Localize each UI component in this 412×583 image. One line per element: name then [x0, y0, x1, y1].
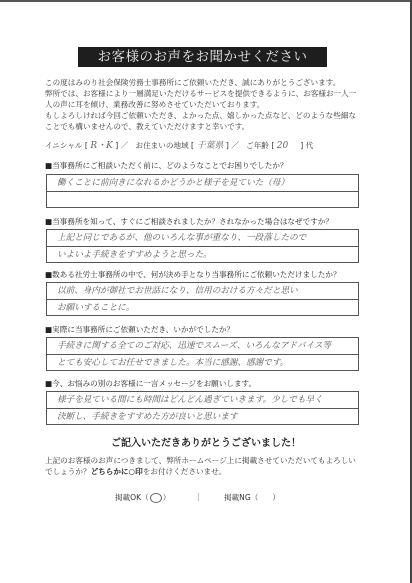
region-field[interactable]: 千葉県: [196, 141, 223, 151]
age-label: ご年齢 [: [246, 141, 274, 150]
permission-text: 上記のお客様のお声につきまして、弊所ホームページ上に掲載させていただいてもよろし…: [45, 455, 375, 477]
answer-4-box[interactable]: 手続きに関する全てのご対応、迅速でスムーズ、いろんなアドバイス等 とても安心して…: [46, 337, 359, 371]
region-close: ] ／: [226, 141, 239, 150]
answer-3-box[interactable]: 以前、身内が御社でお世話になり、信用のおける方々だと思い お願いすることに。: [46, 282, 359, 316]
age-field[interactable]: 20: [277, 141, 288, 151]
region-label: お住まいの地域 [: [135, 141, 194, 150]
intro-line: この度はみのり社会保険労務士事務所にご依頼いただき、誠にありがとうございます。: [45, 77, 375, 88]
publish-ok-option[interactable]: 掲載OK（）: [115, 492, 170, 503]
intro-line: ことでも構いませんので、教えていただけますと幸いです。: [45, 121, 375, 132]
answer-line: とても安心してお任せできました。本当に感謝、感謝です。: [47, 354, 358, 370]
answer-line: 上記と同じであるが、他のいろんな事が重なり、一段落したので: [47, 230, 358, 246]
publish-ng-option[interactable]: 掲載NG（）: [224, 492, 280, 503]
answer-line: 手続きに関する全てのご対応、迅速でスムーズ、いろんなアドバイス等: [47, 338, 358, 354]
customer-info-row: イニシャル [ R・K ] ／ お住まいの地域 [ 千葉県 ] ／ ご年齢 [ …: [45, 140, 365, 152]
answer-line: 決断し、手続きをすすめた方が良いと思います: [47, 408, 358, 424]
initials-close: ] ／: [115, 141, 128, 150]
intro-line: もしよろしければ今回ご依頼いただき、よかった点、嬉しかった点など、どのような些細…: [45, 110, 375, 121]
permission-emphasis: どちらかに○印: [91, 467, 143, 476]
answer-5-box[interactable]: 様子を見ている間にも時間はどんどん過ぎていきます。少しでも早く 決断し、手続きを…: [46, 391, 359, 425]
intro-text: この度はみのり社会保険労務士事務所にご依頼いただき、誠にありがとうございます。 …: [45, 77, 375, 132]
question-5-label: ■今、お悩みの別のお客様に一言メッセージをお願いします。: [45, 379, 256, 389]
answer-1-box[interactable]: 働くことに前向きになれるかどうかと様子を見ていた（母）: [46, 174, 359, 208]
intro-line: 人の声に耳を傾け、業務改善に努めさせていただいております。: [45, 99, 375, 110]
permission-suffix: をお付けくださいませ。: [143, 467, 226, 476]
question-4-label: ■実際に当事務所にご依頼いただき、いかがでしたか？: [45, 325, 234, 335]
question-3-label: ■数ある社労士事務所の中で、何が決め手となり当事務所にご依頼いただけましたか？: [45, 270, 341, 280]
answer-line: 様子を見ている間にも時間はどんどん過ぎていきます。少しでも早く: [47, 392, 358, 408]
publish-ok-close: ）: [163, 493, 171, 502]
permission-line-1: 上記のお客様のお声につきまして、弊所ホームページ上に掲載させていただいてもよろし…: [45, 455, 375, 466]
answer-2-box[interactable]: 上記と同じであるが、他のいろんな事が重なり、一段落したので いよいよ手続きをすす…: [46, 229, 359, 263]
publish-ng-close: ）: [272, 493, 280, 502]
permission-line-2: でしょうか？どちらかに○印をお付けくださいませ。: [45, 466, 375, 477]
publish-ok-label: 掲載OK（: [115, 493, 149, 502]
circle-mark-icon: [150, 493, 162, 503]
initials-field[interactable]: R・K: [90, 141, 113, 151]
question-1-label: ■当事務所にご相談いただく前に、どのようなことでお困りでしたか？: [45, 161, 288, 171]
question-2-label: ■当事務所を知って、すぐにご相談されましたか？されなかった場合はなぜですか？: [45, 217, 333, 227]
publish-ng-label: 掲載NG（: [224, 493, 258, 502]
age-close: ] 代: [300, 141, 313, 150]
answer-line: 働くことに前向きになれるかどうかと様子を見ていた（母）: [47, 175, 358, 191]
answer-line: 以前、身内が御社でお世話になり、信用のおける方々だと思い: [47, 283, 358, 299]
intro-line: 弊所では、お客様により一層満足いただけるサービスを提供できるように、お客様お一人…: [45, 88, 375, 99]
permission-prefix: でしょうか？: [45, 467, 91, 476]
page-top-edge: [0, 0, 412, 2]
page-title: お客様のお声をお聞かせください: [78, 47, 327, 67]
choice-separator: |: [197, 492, 200, 501]
thanks-message: ご記入いただきありがとうございました！: [0, 434, 412, 449]
initials-label: イニシャル [: [45, 141, 88, 150]
answer-line: いよいよ手続きをすすめようと思った。: [47, 246, 358, 262]
answer-line: お願いすることに。: [47, 299, 358, 315]
answer-line: [47, 191, 358, 207]
